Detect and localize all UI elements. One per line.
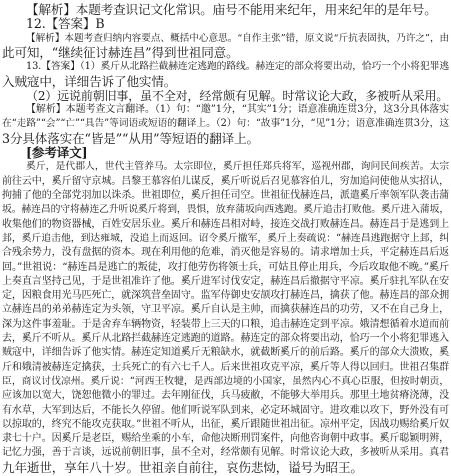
text-line: 九年逝世，享年八十岁。世祖亲自前往，哀伤悲恸，谥号为昭王。 <box>2 459 449 476</box>
document-page: 【解析】本题考查识记文化常识。庙号不能用来纪年，用来纪年的是年号。12.【答案】… <box>0 0 451 476</box>
